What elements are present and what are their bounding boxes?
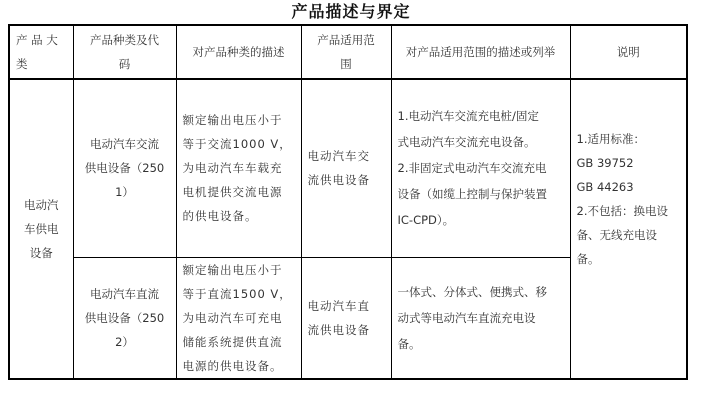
header-note: 说明 — [570, 25, 687, 79]
page-title: 产品描述与界定 — [0, 2, 702, 22]
scope-desc-cell: 1.电动汽车交流充电桩/固定 式电动汽车交流充电设备。 2.非固定式电动汽车交流… — [391, 79, 570, 257]
scope-cell: 电动汽车直 流供电设备 — [301, 257, 391, 379]
type-desc-cell: 额定输出电压小于 等于交流1000 V， 为电动汽车车载充 电机提供交流电源 的… — [176, 79, 301, 257]
scope-desc-cell: 一体式、分体式、便携式、移 动式等电动汽车直流充电设 备。 — [391, 257, 570, 379]
header-scope-desc: 对产品适用范围的描述或列举 — [391, 25, 570, 79]
table-header-row: 产 品 大 类 产品种类及代 码 对产品种类的描述 产品适用范 围 对产品适用范… — [9, 25, 687, 79]
scope-cell: 电动汽车交 流供电设备 — [301, 79, 391, 257]
type-desc-cell: 额定输出电压小于 等于直流1500 V， 为电动汽车可充电 储能系统提供直流 电… — [176, 257, 301, 379]
header-type-desc: 对产品种类的描述 — [176, 25, 301, 79]
category-cell: 电动汽 车供电 设备 — [9, 79, 73, 379]
type-code-cell: 电动汽车直流 供电设备（250 2） — [73, 257, 176, 379]
header-type-code: 产品种类及代 码 — [73, 25, 176, 79]
product-definition-table: 产 品 大 类 产品种类及代 码 对产品种类的描述 产品适用范 围 对产品适用范… — [8, 24, 688, 380]
note-cell: 1.适用标准： GB 39752 GB 44263 2.不包括：换电设 备、无线… — [570, 79, 687, 379]
header-category: 产 品 大 类 — [9, 25, 73, 79]
table-row: 电动汽 车供电 设备 电动汽车交流 供电设备（250 1） 额定输出电压小于 等… — [9, 79, 687, 257]
type-code-cell: 电动汽车交流 供电设备（250 1） — [73, 79, 176, 257]
header-scope: 产品适用范 围 — [301, 25, 391, 79]
